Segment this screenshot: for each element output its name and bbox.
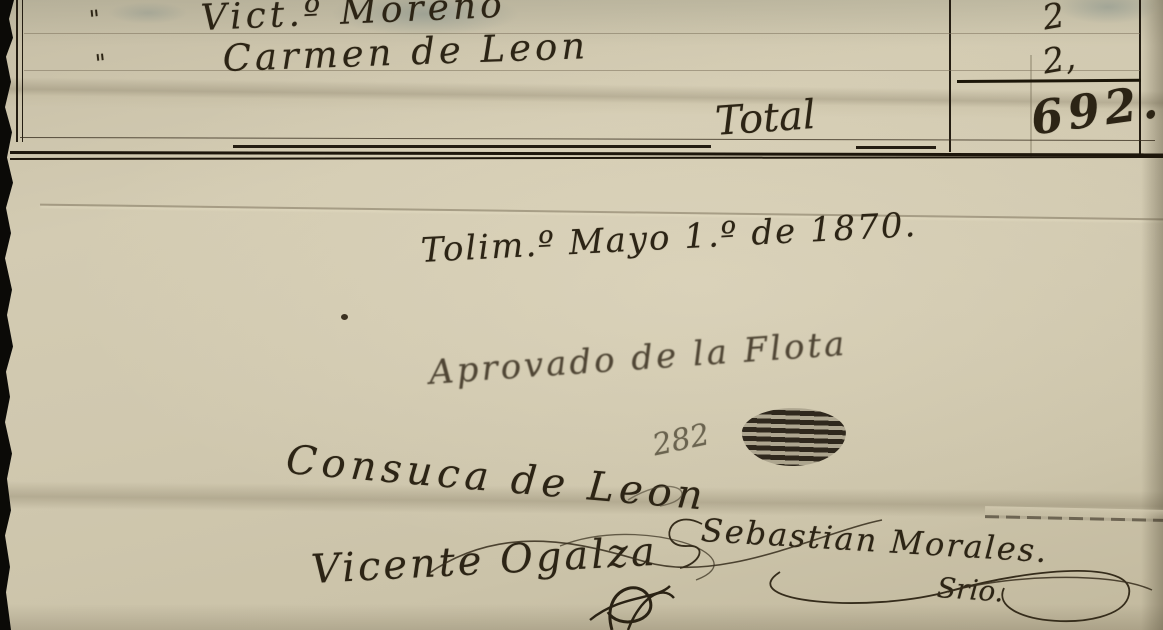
signature-flourishes — [0, 0, 1163, 630]
scanned-ledger-page: " Vict.º Moreno 2 " Carmen de Leon 2, To… — [0, 0, 1163, 630]
